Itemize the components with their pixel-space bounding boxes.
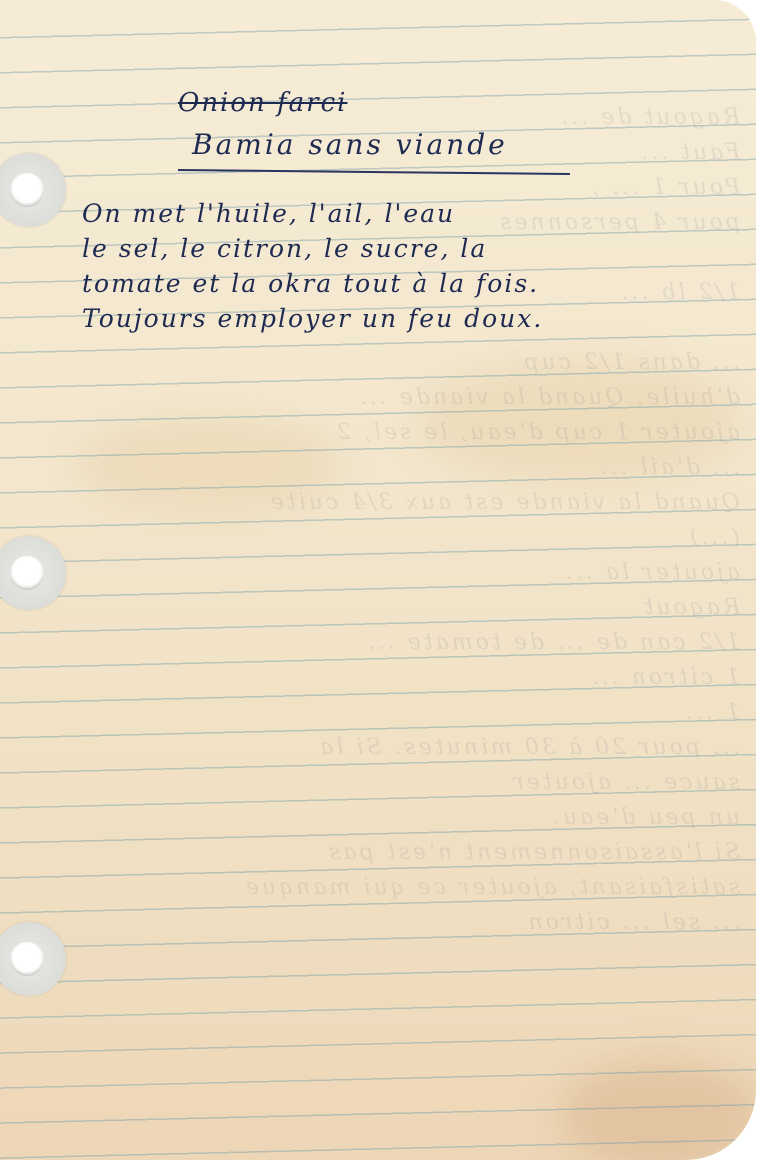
punch-hole-icon <box>10 942 44 976</box>
recipe-line: On met l'huile, l'ail, l'eau <box>82 196 682 231</box>
recipe-line: tomate et la okra tout à la fois. <box>82 266 682 301</box>
recipe-line: le sel, le citron, le sucre, la <box>82 231 682 266</box>
struck-title: Onion farci <box>178 88 347 118</box>
recipe-body: On met l'huile, l'ail, l'eau le sel, le … <box>82 196 682 336</box>
recipe-title: Bamia sans viande <box>192 128 508 161</box>
punch-hole-icon <box>10 556 44 590</box>
punch-hole-icon <box>10 173 44 207</box>
notebook-page: Ragout de ... Faut ... Pour 1 ... , pour… <box>0 0 756 1160</box>
recipe-line: Toujours employer un feu doux. <box>82 301 682 336</box>
